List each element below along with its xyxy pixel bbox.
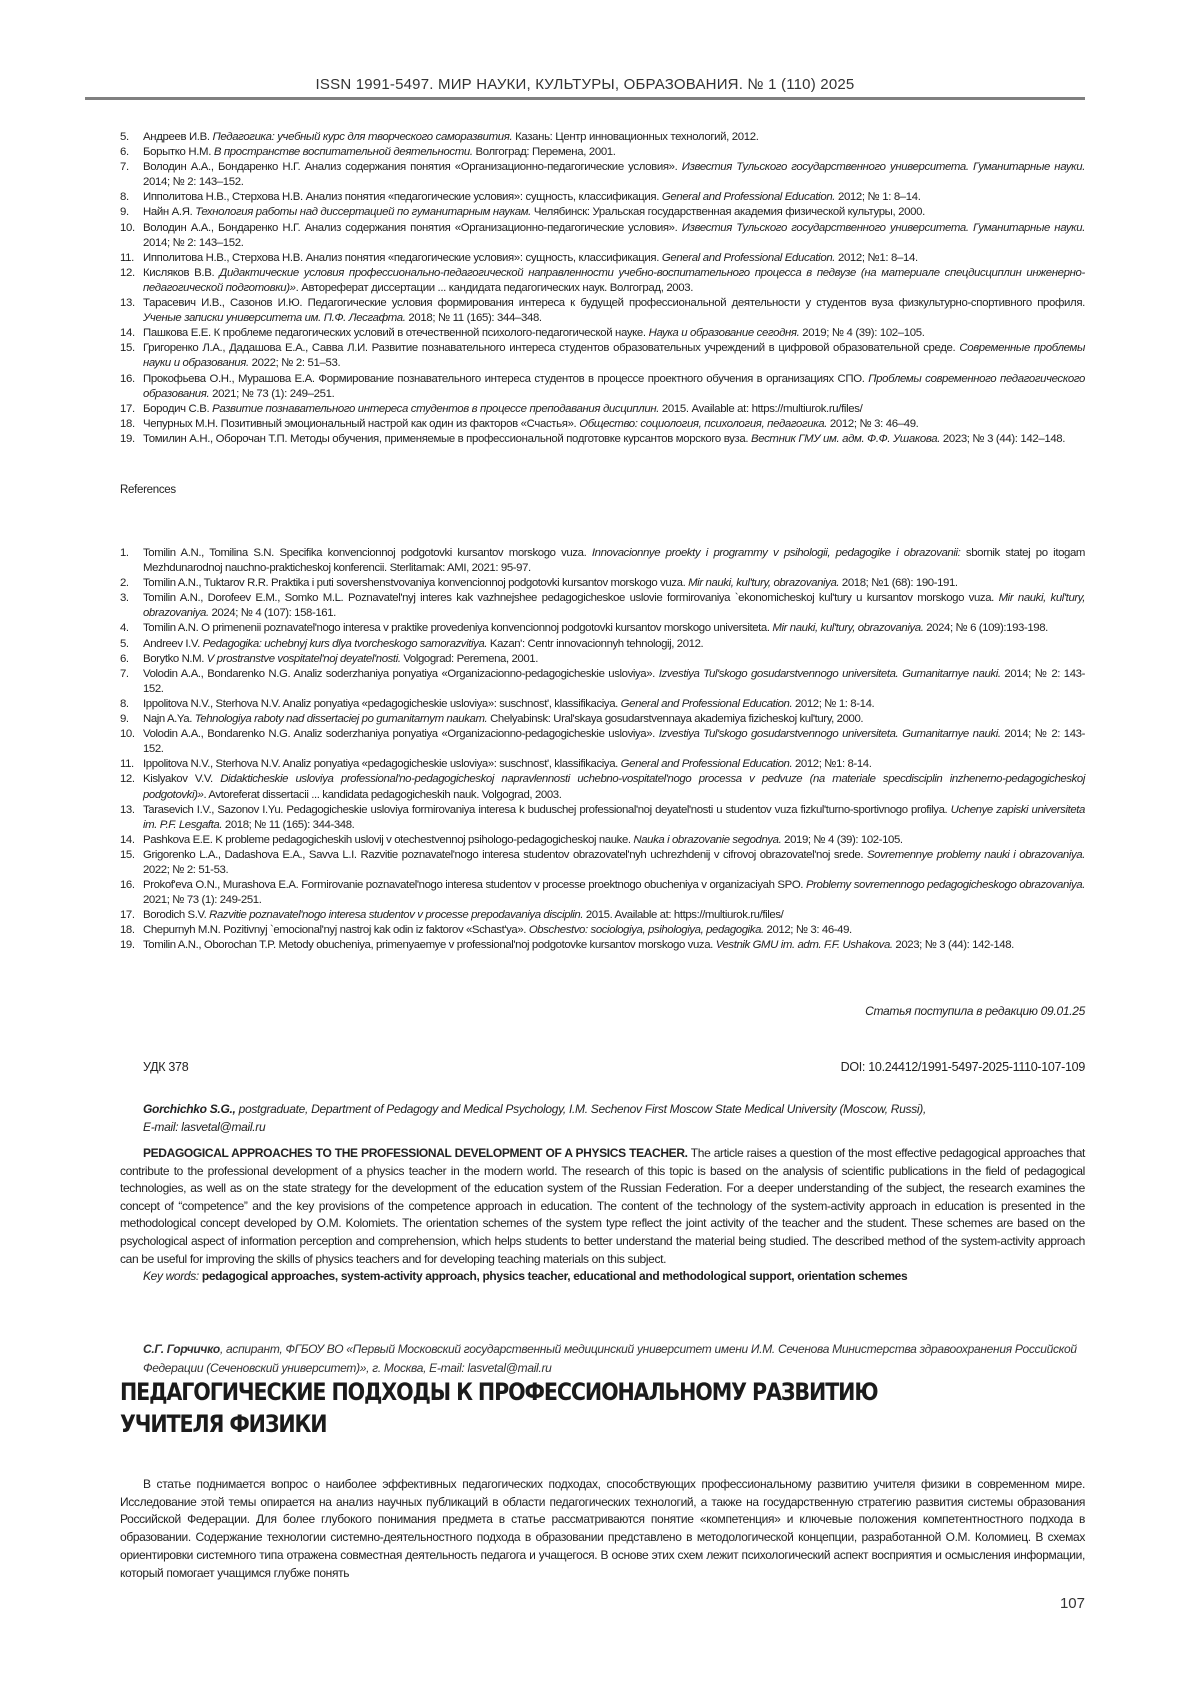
header-divider [85, 97, 1085, 100]
reference-text: Pashkova E.E. K probleme pedagogicheskih… [143, 834, 633, 846]
reference-text: Ippolitova N.V., Sterhova N.V. Analiz po… [143, 698, 621, 710]
author-affiliation-russian: , аспирант, ФГБОУ ВО «Первый Московский … [143, 1342, 1077, 1375]
author-info-english: Gorchichko S.G., postgraduate, Departmen… [143, 1100, 1083, 1136]
reference-text: Tarasevich I.V., Sazonov I.Yu. Pedagogic… [143, 804, 951, 816]
reference-number: 16. [120, 372, 135, 387]
reference-text: 2021; № 73 (1): 249-251. [143, 894, 262, 906]
reference-source: Problemy sovremennogo pedagogicheskogo o… [806, 879, 1085, 891]
reference-source: Ученые записки университета им. П.Ф. Лес… [143, 312, 406, 324]
reference-text: 2014; № 2: 143–152. [143, 176, 244, 188]
reference-text: 2012; №1: 8–14. [835, 252, 918, 264]
reference-text: Чепурных М.Н. Позитивный эмоциональный н… [143, 418, 579, 430]
reference-item: 5.Андреев И.В. Педагогика: учебный курс … [120, 130, 1085, 145]
reference-source: Innovacionnye proekty i programmy v psih… [592, 547, 961, 559]
reference-text: 2015. Available at: https://multiurok.ru… [659, 403, 862, 415]
russian-reference-list: 5.Андреев И.В. Педагогика: учебный курс … [120, 130, 1085, 447]
reference-text: Волгоград: Перемена, 2001. [473, 146, 616, 158]
page-number: 107 [1060, 1595, 1085, 1612]
reference-text: 2012; № 1: 8–14. [835, 191, 920, 203]
reference-item: 12.Кисляков В.В. Дидактические условия п… [120, 266, 1085, 296]
reference-item: 1.Tomilin A.N., Tomilina S.N. Specifika … [120, 546, 1085, 576]
reference-text: Челябинск: Уральская государственная ака… [531, 206, 925, 218]
reference-text: Андреев И.В. [143, 131, 212, 143]
reference-item: 3.Tomilin A.N., Dorofeev E.M., Somko M.L… [120, 591, 1085, 621]
reference-number: 16. [120, 878, 135, 893]
reference-item: 11.Ippolitova N.V., Sterhova N.V. Analiz… [120, 757, 1085, 772]
reference-item: 9.Najn A.Ya. Tehnologiya raboty nad diss… [120, 712, 1085, 727]
reference-source: Известия Тульского государственного унив… [682, 161, 1085, 173]
reference-number: 5. [120, 637, 129, 652]
reference-text: 2014; № 2: 143–152. [143, 237, 244, 249]
reference-number: 2. [120, 576, 129, 591]
reference-item: 18.Чепурных М.Н. Позитивный эмоциональны… [120, 417, 1085, 432]
reference-source: General and Professional Education. [662, 252, 835, 264]
reference-text: 2022; № 2: 51–53. [249, 357, 340, 369]
reference-number: 11. [120, 251, 134, 266]
reference-text: Володин А.А., Бондаренко Н.Г. Анализ сод… [143, 161, 682, 173]
reference-text: Volodin A.A., Bondarenko N.G. Analiz sod… [143, 668, 659, 680]
reference-text: Кисляков В.В. [143, 267, 219, 279]
reference-number: 18. [120, 417, 135, 432]
abstract-english: PEDAGOGICAL APPROACHES TO THE PROFESSION… [120, 1145, 1085, 1286]
article-title-line-1: ПЕДАГОГИЧЕСКИЕ ПОДХОДЫ К ПРОФЕССИОНАЛЬНО… [120, 1378, 877, 1406]
author-email-english: E-mail: lasvetal@mail.ru [143, 1120, 265, 1134]
reference-item: 17.Borodich S.V. Razvitie poznavatel'nog… [120, 908, 1085, 923]
reference-number: 15. [120, 341, 135, 356]
reference-item: 14.Пашкова Е.Е. К проблеме педагогически… [120, 326, 1085, 341]
reference-item: 15.Григоренко Л.А., Дадашова Е.А., Савва… [120, 341, 1085, 371]
reference-text: Chepurnyh M.N. Pozitivnyj `emocional'nyj… [143, 924, 529, 936]
author-name-english: Gorchichko S.G., [143, 1102, 236, 1116]
reference-source: Nauka i obrazovanie segodnya. [633, 834, 781, 846]
reference-item: 15.Grigorenko L.A., Dadashova E.A., Savv… [120, 848, 1085, 878]
reference-text: Томилин А.Н., Оборочан Т.П. Методы обуче… [143, 433, 751, 445]
references-heading: References [120, 484, 176, 496]
reference-item: 12.Kislyakov V.V. Didakticheskie usloviy… [120, 772, 1085, 802]
reference-item: 17.Бородич С.В. Развитие познавательного… [120, 402, 1085, 417]
abstract-title-english: PEDAGOGICAL APPROACHES TO THE PROFESSION… [143, 1146, 688, 1160]
doi-identifier: DOI: 10.24412/1991-5497-2025-1110-107-10… [841, 1060, 1085, 1074]
reference-text: Prokof'eva O.N., Murashova E.A. Formirov… [143, 879, 806, 891]
author-affiliation-english: postgraduate, Department of Pedagogy and… [236, 1102, 926, 1116]
reference-item: 5.Andreev I.V. Pedagogika: uchebnyj kurs… [120, 637, 1085, 652]
english-reference-list: 1.Tomilin A.N., Tomilina S.N. Specifika … [120, 546, 1085, 954]
reference-source: V prostranstve vospitatel'noj deyatel'no… [207, 653, 401, 665]
reference-source: Известия Тульского государственного унив… [682, 222, 1085, 234]
reference-text: Tomilin A.N., Tomilina S.N. Specifika ko… [143, 547, 592, 559]
reference-item: 11.Ипполитова Н.В., Стерхова Н.В. Анализ… [120, 251, 1085, 266]
reference-item: 9.Найн А.Я. Технология работы над диссер… [120, 205, 1085, 220]
reference-text: 2024; № 4 (107): 158-161. [209, 607, 336, 619]
reference-item: 13.Tarasevich I.V., Sazonov I.Yu. Pedago… [120, 803, 1085, 833]
reference-source: Технология работы над диссертацией по гу… [195, 206, 531, 218]
reference-item: 14.Pashkova E.E. K probleme pedagogiches… [120, 833, 1085, 848]
reference-number: 12. [120, 266, 135, 281]
article-title: ПЕДАГОГИЧЕСКИЕ ПОДХОДЫ К ПРОФЕССИОНАЛЬНО… [120, 1376, 894, 1440]
abstract-russian: В статье поднимается вопрос о наиболее э… [120, 1476, 1085, 1582]
reference-text: 2024; № 6 (109):193-198. [923, 622, 1047, 634]
reference-text: 2012; №1: 8-14. [792, 758, 871, 770]
reference-number: 10. [120, 221, 135, 236]
reference-text: 2019; № 4 (39): 102-105. [781, 834, 902, 846]
reference-item: 19.Томилин А.Н., Оборочан Т.П. Методы об… [120, 432, 1085, 447]
reference-item: 18.Chepurnyh M.N. Pozitivnyj `emocional'… [120, 923, 1085, 938]
reference-text: 2023; № 3 (44): 142–148. [940, 433, 1065, 445]
reference-source: Mir nauki, kul'tury, obrazovaniya. [688, 577, 839, 589]
reference-source: В пространстве воспитательной деятельнос… [214, 146, 473, 158]
reference-number: 17. [120, 402, 135, 417]
reference-source: Педагогика: учебный курс для творческого… [212, 131, 512, 143]
reference-number: 14. [120, 326, 135, 341]
reference-text: Borodich S.V. [143, 909, 209, 921]
reference-text: Volgograd: Peremena, 2001. [401, 653, 538, 665]
reference-item: 6.Борытко Н.М. В пространстве воспитател… [120, 145, 1085, 160]
reference-source: Izvestiya Tul'skogo gosudarstvennogo uni… [659, 668, 1001, 680]
reference-text: 2012; № 3: 46–49. [827, 418, 918, 430]
reference-text: Najn A.Ya. [143, 713, 195, 725]
reference-text: Найн А.Я. [143, 206, 195, 218]
reference-source: Obschestvo: sociologiya, psihologiya, pe… [529, 924, 764, 936]
reference-text: Kislyakov V.V. [143, 773, 220, 785]
reference-text: 2018; №1 (68): 190-191. [839, 577, 958, 589]
reference-item: 8.Ипполитова Н.В., Стерхова Н.В. Анализ … [120, 190, 1085, 205]
author-info-russian: С.Г. Горчичко, аспирант, ФГБОУ ВО «Первы… [143, 1340, 1083, 1377]
reference-text: Пашкова Е.Е. К проблеме педагогических у… [143, 327, 649, 339]
reference-text: 2023; № 3 (44): 142-148. [893, 939, 1014, 951]
reference-text: 2015. Available at: https://multiurok.ru… [583, 909, 783, 921]
reference-source: Sovremennye problemy nauki i obrazovaniy… [867, 849, 1085, 861]
reference-text: . Автореферат диссертации ... кандидата … [296, 282, 693, 294]
keywords-list: pedagogical approaches, system-activity … [199, 1269, 907, 1283]
reference-source: Izvestiya Tul'skogo gosudarstvennogo uni… [659, 728, 1001, 740]
reference-number: 13. [120, 296, 135, 311]
reference-item: 13.Тарасевич И.В., Сазонов И.Ю. Педагоги… [120, 296, 1085, 326]
reference-text: Григоренко Л.А., Дадашова Е.А., Савва Л.… [143, 342, 959, 354]
reference-number: 19. [120, 938, 135, 953]
reference-item: 10.Volodin A.A., Bondarenko N.G. Analiz … [120, 727, 1085, 757]
reference-source: Развитие познавательного интереса студен… [212, 403, 659, 415]
reference-number: 9. [120, 712, 129, 727]
reference-source: Общество: социология, психология, педаго… [579, 418, 827, 430]
reference-number: 7. [120, 160, 129, 175]
reference-source: Mir nauki, kul'tury, obrazovaniya. [772, 622, 923, 634]
reference-text: 2018; № 11 (165): 344-348. [222, 819, 354, 831]
reference-source: General and Professional Education. [621, 758, 793, 770]
abstract-text-english: The article raises a question of the mos… [120, 1146, 1085, 1266]
reference-text: Володин А.А., Бондаренко Н.Г. Анализ сод… [143, 222, 682, 234]
reference-number: 5. [120, 130, 129, 145]
reference-item: 10.Володин А.А., Бондаренко Н.Г. Анализ … [120, 221, 1085, 251]
reference-text: Andreev I.V. [143, 638, 203, 650]
reference-text: 2012; № 1: 8-14. [792, 698, 874, 710]
reference-text: Volodin A.A., Bondarenko N.G. Analiz sod… [143, 728, 659, 740]
reference-number: 17. [120, 908, 135, 923]
reference-number: 8. [120, 190, 129, 205]
reference-text: Казань: Центр инновационных технологий, … [512, 131, 758, 143]
reference-number: 1. [120, 546, 129, 561]
reference-source: Tehnologiya raboty nad dissertaciej po g… [195, 713, 488, 725]
reference-item: 7.Volodin A.A., Bondarenko N.G. Analiz s… [120, 667, 1085, 697]
reference-text: Kazan': Centr innovacionnyh tehnologij, … [487, 638, 703, 650]
reference-text: 2019; № 4 (39): 102–105. [799, 327, 924, 339]
reference-source: Вестник ГМУ им. адм. Ф.Ф. Ушакова. [751, 433, 940, 445]
reference-item: 16.Prokof'eva O.N., Murashova E.A. Formi… [120, 878, 1085, 908]
reference-item: 7.Володин А.А., Бондаренко Н.Г. Анализ с… [120, 160, 1085, 190]
reference-text: 2021; № 73 (1): 249–251. [209, 388, 334, 400]
udk-code: УДК 378 [143, 1060, 188, 1074]
reference-item: 4.Tomilin A.N. O primenenii poznavatel'n… [120, 621, 1085, 636]
reference-text: Ippolitova N.V., Sterhova N.V. Analiz po… [143, 758, 621, 770]
reference-source: Pedagogika: uchebnyj kurs dlya tvorchesk… [203, 638, 488, 650]
reference-number: 8. [120, 697, 129, 712]
reference-number: 9. [120, 205, 129, 220]
reference-text: . Avtoreferat dissertacii ... kandidata … [203, 789, 561, 801]
reference-text: 2018; № 11 (165): 344–348. [406, 312, 542, 324]
reference-text: Борытко Н.М. [143, 146, 214, 158]
reference-text: 2022; № 2: 51-53. [143, 864, 228, 876]
reference-item: 16.Прокофьева О.Н., Мурашова Е.А. Формир… [120, 372, 1085, 402]
reference-text: Tomilin A.N., Dorofeev E.M., Somko M.L. … [143, 592, 999, 604]
reference-source: General and Professional Education. [621, 698, 793, 710]
reference-item: 2.Tomilin A.N., Tuktarov R.R. Praktika i… [120, 576, 1085, 591]
reference-source: Vestnik GMU im. adm. F.F. Ushakova. [716, 939, 893, 951]
reference-number: 3. [120, 591, 129, 606]
reference-text: Tomilin A.N. O primenenii poznavatel'nog… [143, 622, 772, 634]
reference-text: Ипполитова Н.В., Стерхова Н.В. Анализ по… [143, 252, 662, 264]
reference-text: 2012; № 3: 46-49. [764, 924, 852, 936]
reference-number: 19. [120, 432, 135, 447]
article-title-line-2: УЧИТЕЛЯ ФИЗИКИ [120, 1410, 326, 1438]
reference-number: 15. [120, 848, 135, 863]
reference-number: 14. [120, 833, 135, 848]
author-name-russian: С.Г. Горчичко [143, 1342, 220, 1356]
reference-source: General and Professional Education. [662, 191, 835, 203]
keywords-label: Key words: [143, 1269, 199, 1283]
reference-number: 18. [120, 923, 135, 938]
reference-text: Grigorenko L.A., Dadashova E.A., Savva L… [143, 849, 867, 861]
reference-number: 11. [120, 757, 134, 772]
reference-text: Tomilin A.N., Tuktarov R.R. Praktika i p… [143, 577, 688, 589]
journal-header: ISSN 1991-5497. МИР НАУКИ, КУЛЬТУРЫ, ОБР… [85, 76, 1085, 93]
reference-number: 6. [120, 145, 129, 160]
reference-number: 12. [120, 772, 135, 787]
reference-number: 7. [120, 667, 129, 682]
received-date-note: Статья поступила в редакцию 09.01.25 [865, 1004, 1085, 1018]
reference-item: 6.Borytko N.M. V prostranstve vospitatel… [120, 652, 1085, 667]
reference-number: 13. [120, 803, 135, 818]
reference-text: Tomilin A.N., Oborochan T.P. Metody obuc… [143, 939, 716, 951]
reference-text: Borytko N.M. [143, 653, 207, 665]
reference-text: Chelyabinsk: Ural'skaya gosudarstvennaya… [487, 713, 863, 725]
reference-text: Прокофьева О.Н., Мурашова Е.А. Формирова… [143, 373, 868, 385]
reference-item: 8.Ippolitova N.V., Sterhova N.V. Analiz … [120, 697, 1085, 712]
reference-text: Ипполитова Н.В., Стерхова Н.В. Анализ по… [143, 191, 662, 203]
reference-number: 10. [120, 727, 135, 742]
reference-number: 4. [120, 621, 129, 636]
reference-number: 6. [120, 652, 129, 667]
reference-item: 19.Tomilin A.N., Oborochan T.P. Metody o… [120, 938, 1085, 953]
reference-source: Razvitie poznavatel'nogo interesa studen… [209, 909, 583, 921]
reference-source: Наука и образование сегодня. [649, 327, 800, 339]
reference-text: Тарасевич И.В., Сазонов И.Ю. Педагогичес… [143, 297, 1085, 309]
reference-text: Бородич С.В. [143, 403, 212, 415]
